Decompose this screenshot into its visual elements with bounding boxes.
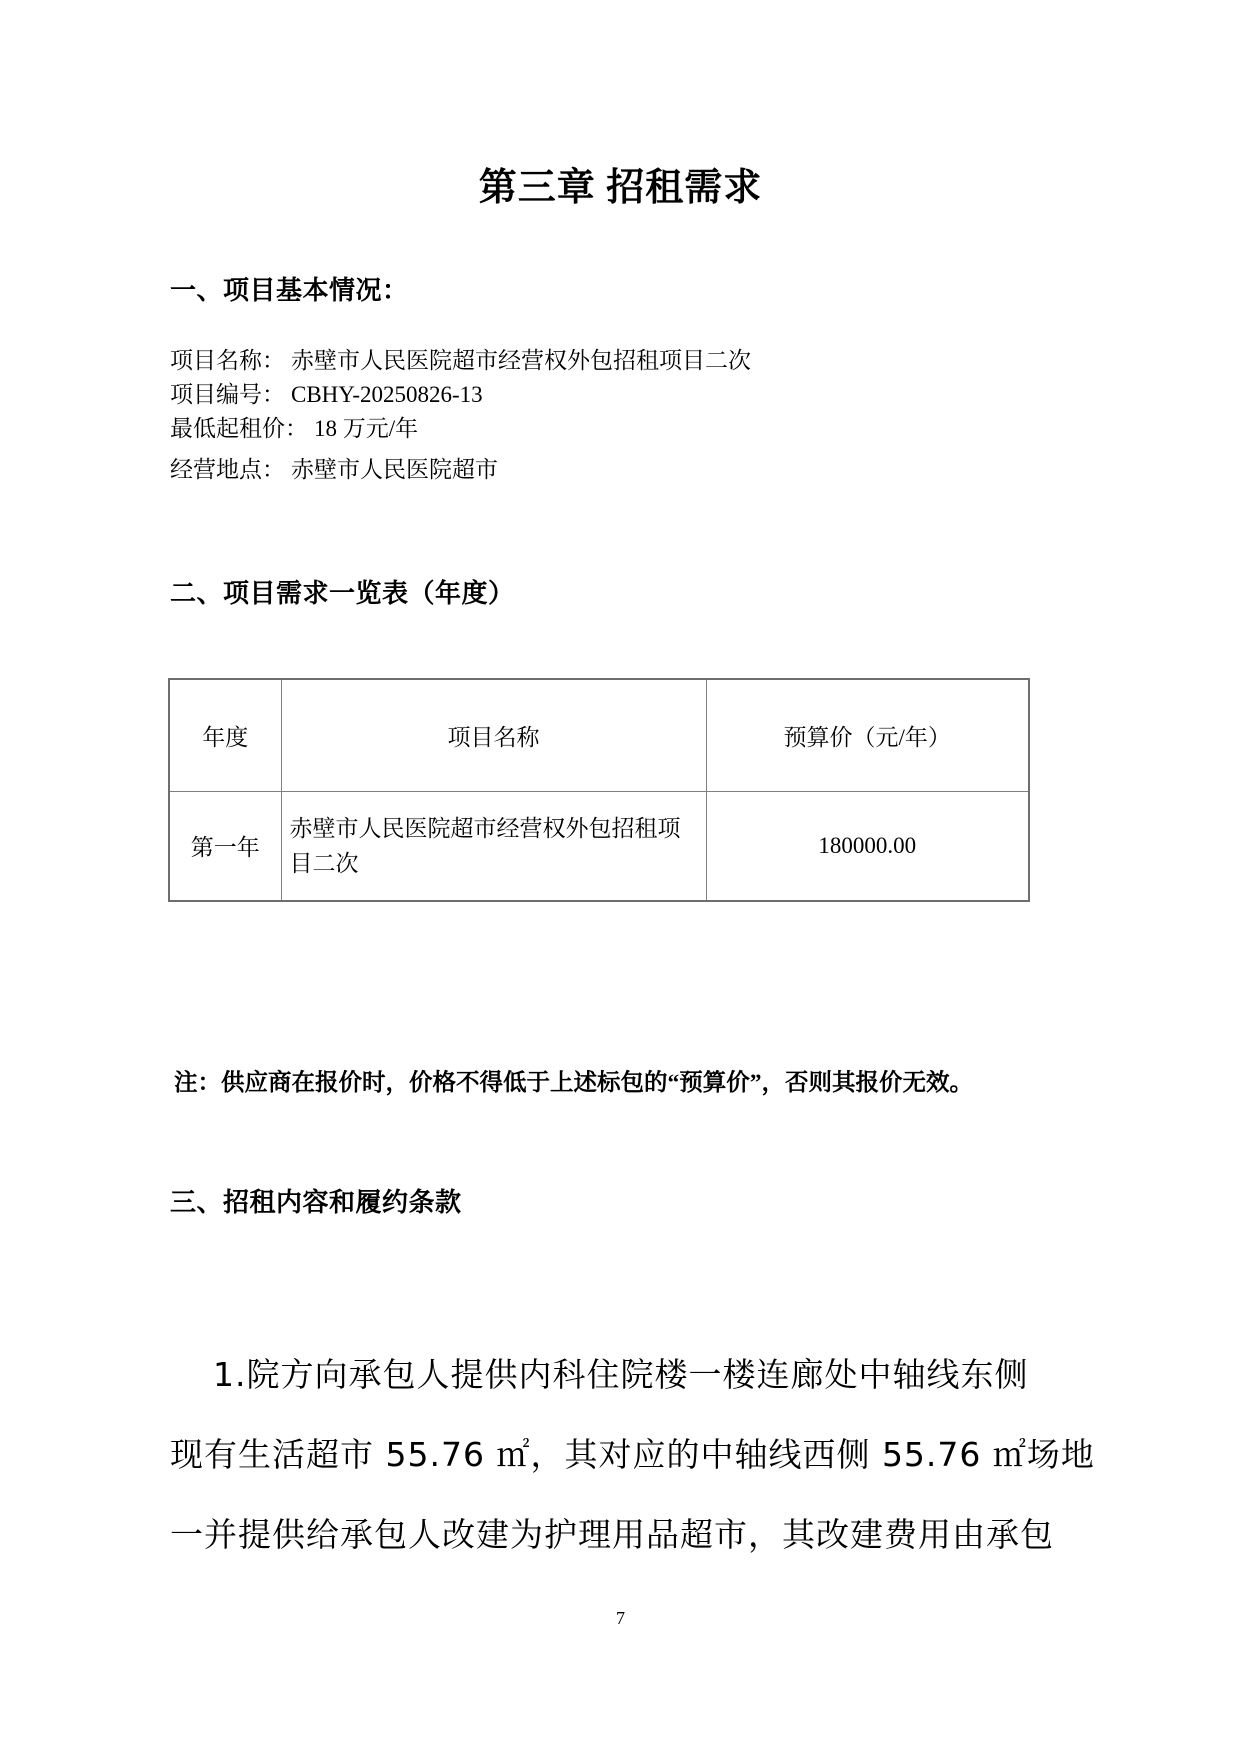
- terms-paragraph-line-3: 一并提供给承包人改建为护理用品超市，其改建费用由承包: [170, 1509, 1075, 1556]
- cell-budget-price: 180000.00: [706, 791, 1029, 901]
- document-page: 第三章 招租需求 一、项目基本情况： 项目名称：赤壁市人民医院超市经营权外包招租…: [0, 0, 1241, 1755]
- header-budget-price: 预算价（元/年）: [706, 679, 1029, 791]
- section3-heading: 三、招租内容和履约条款: [170, 1182, 462, 1219]
- requirements-table: 年度 项目名称 预算价（元/年） 第一年 赤壁市人民医院超市经营权外包招租项目二…: [168, 678, 1030, 902]
- project-name-value: 赤壁市人民医院超市经营权外包招租项目二次: [291, 348, 751, 373]
- project-number-label: 项目编号：: [170, 382, 285, 407]
- table-row: 第一年 赤壁市人民医院超市经营权外包招租项目二次 180000.00: [169, 791, 1029, 901]
- section2-heading: 二、项目需求一览表（年度）: [170, 573, 515, 610]
- project-number-value: CBHY-20250826-13: [291, 382, 483, 407]
- business-location-label: 经营地点：: [170, 457, 285, 482]
- terms-paragraph-line-1: 1.院方向承包人提供内科住院楼一楼连廊处中轴线东侧: [170, 1349, 1075, 1396]
- terms-paragraph-line-2: 现有生活超市 55.76 ㎡，其对应的中轴线西侧 55.76 ㎡场地: [170, 1429, 1075, 1476]
- cell-project-name: 赤壁市人民医院超市经营权外包招租项目二次: [281, 791, 706, 901]
- table-header-row: 年度 项目名称 预算价（元/年）: [169, 679, 1029, 791]
- project-number-line: 项目编号：CBHY-20250826-13: [170, 376, 483, 409]
- minimum-rent-line: 最低起租价：18 万元/年: [170, 410, 418, 443]
- business-location-value: 赤壁市人民医院超市: [291, 457, 498, 482]
- project-name-label: 项目名称：: [170, 348, 285, 373]
- minimum-rent-value: 18 万元/年: [314, 416, 418, 441]
- page-number: 7: [0, 1608, 1241, 1629]
- cell-year: 第一年: [169, 791, 281, 901]
- header-year: 年度: [169, 679, 281, 791]
- header-project-name: 项目名称: [281, 679, 706, 791]
- pricing-note: 注：供应商在报价时，价格不得低于上述标包的“预算价”，否则其报价无效。: [174, 1063, 973, 1097]
- chapter-title: 第三章 招租需求: [0, 156, 1241, 211]
- section1-heading: 一、项目基本情况：: [170, 270, 409, 307]
- business-location-line: 经营地点：赤壁市人民医院超市: [170, 451, 498, 484]
- minimum-rent-label: 最低起租价：: [170, 416, 308, 441]
- project-name-line: 项目名称：赤壁市人民医院超市经营权外包招租项目二次: [170, 342, 751, 375]
